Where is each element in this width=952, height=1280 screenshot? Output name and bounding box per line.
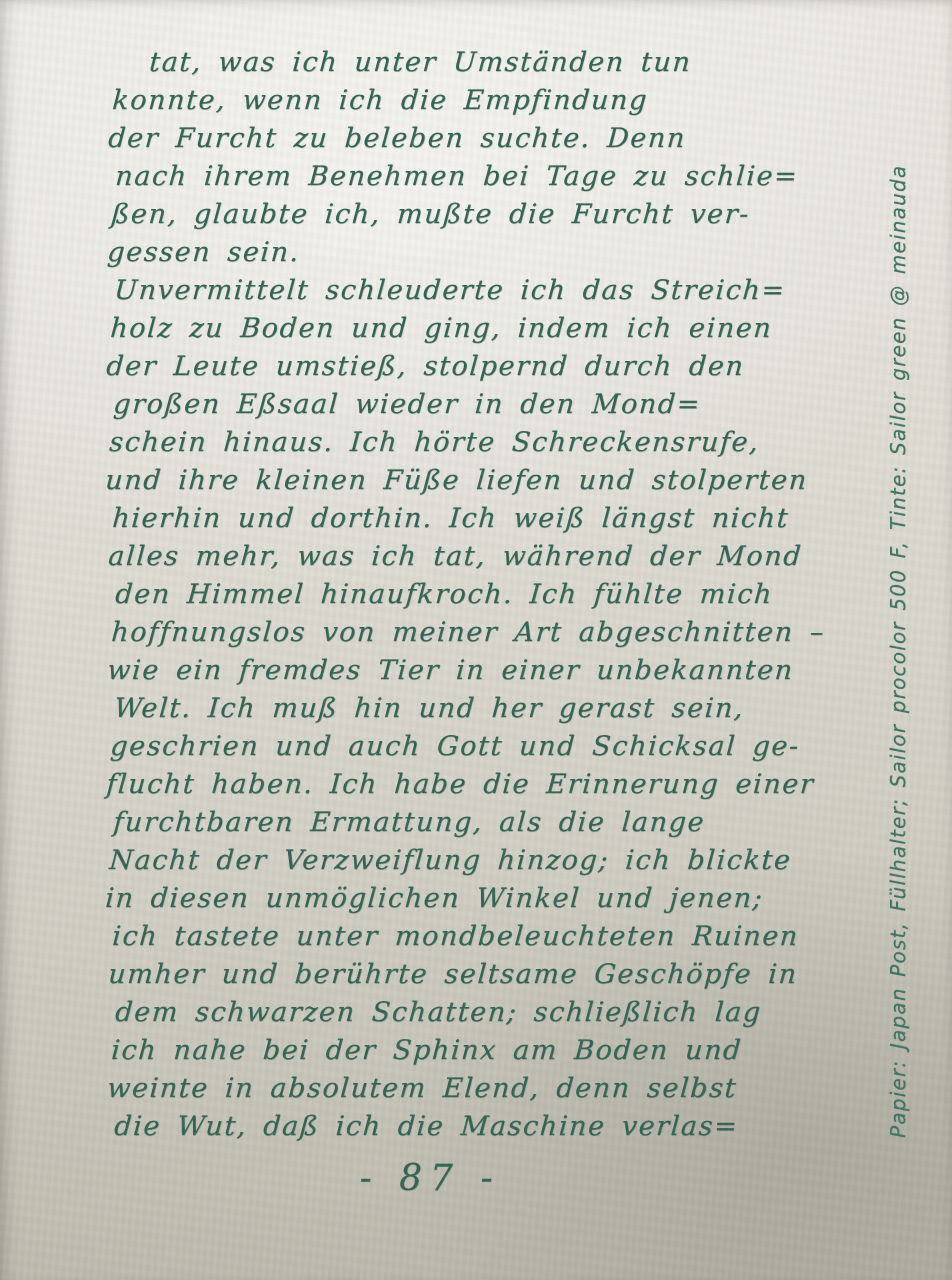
handwritten-text-block: tat, was ich unter Umständen tunkonnte, … (104, 44, 864, 1146)
handwritten-line: Unvermittelt schleuderte ich das Streich… (113, 272, 867, 310)
margin-note: Papier: Japan Post, Füllhalter; Sailor p… (886, 128, 910, 1138)
handwritten-line: Nacht der Verzweiflung hinzog; ich blick… (108, 842, 867, 880)
handwritten-line: furchtbaren Ermattung, als die lange (112, 804, 867, 842)
handwritten-line: umher und berührte seltsame Geschöpfe in (107, 956, 867, 994)
handwritten-line: großen Eßsaal wieder in den Mond= (112, 386, 867, 424)
handwritten-line: Welt. Ich muß hin und her gerast sein, (113, 690, 867, 728)
handwritten-line: der Leute umstieß, stolpernd durch den (105, 348, 867, 386)
handwritten-line: wie ein fremdes Tier in einer unbekannte… (106, 652, 867, 690)
handwritten-line: konnte, wenn ich die Empfindung (111, 82, 867, 120)
handwritten-line: alles mehr, was ich tat, während der Mon… (107, 538, 867, 576)
handwritten-line: den Himmel hinaufkroch. Ich fühlte mich (114, 576, 867, 614)
handwritten-line: flucht haben. Ich habe die Erinnerung ei… (105, 766, 867, 804)
page-number: - 87 - (0, 1158, 860, 1199)
handwritten-line: hierhin und dorthin. Ich weiß längst nic… (111, 500, 867, 538)
handwritten-line: und ihre kleinen Füße liefen und stolper… (104, 462, 867, 500)
handwritten-line: dem schwarzen Schatten; schließlich lag (114, 994, 867, 1032)
handwritten-line: nach ihrem Benehmen bei Tage zu schlie= (114, 158, 867, 196)
manuscript-page: tat, was ich unter Umständen tunkonnte, … (0, 0, 952, 1280)
handwritten-line: ßen, glaubte ich, mußte die Furcht ver- (110, 196, 867, 234)
handwritten-line: geschrien und auch Gott und Schicksal ge… (109, 728, 867, 766)
handwritten-line: ich tastete unter mondbeleuchteten Ruine… (111, 918, 867, 956)
handwritten-line: der Furcht zu beleben suchte. Denn (107, 120, 867, 158)
handwritten-line: die Wut, daß ich die Maschine verlas= (113, 1108, 867, 1146)
handwritten-line: gessen sein. (106, 234, 867, 272)
handwritten-line: hoffnungslos von meiner Art abgeschnitte… (110, 614, 867, 652)
handwritten-line: holz zu Boden und ging, indem ich einen (109, 310, 867, 348)
handwritten-line: in diesen unmöglichen Winkel und jenen; (104, 880, 867, 918)
handwritten-line: ich nahe bei der Sphinx am Boden und (110, 1032, 867, 1070)
handwritten-line: tat, was ich unter Umständen tun (148, 44, 867, 82)
handwritten-line: schein hinaus. Ich hörte Schreckensrufe, (108, 424, 867, 462)
handwritten-line: weinte in absolutem Elend, denn selbst (106, 1070, 867, 1108)
